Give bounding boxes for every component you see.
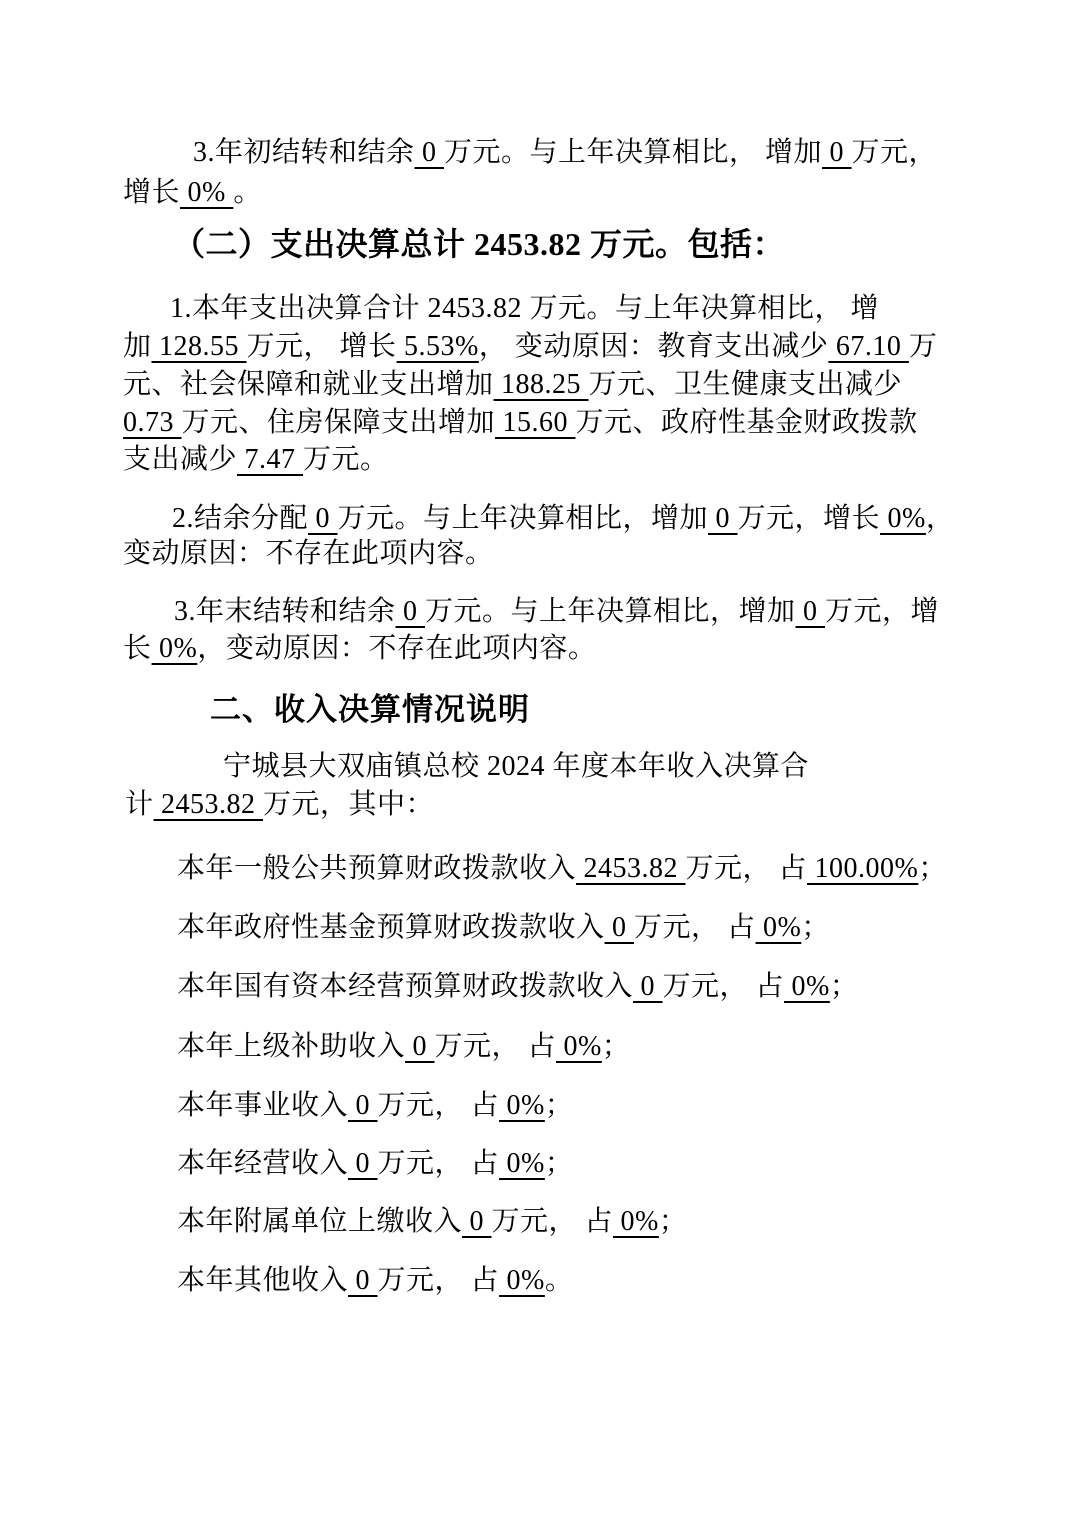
text-run: 万元、住房保障支出增加 <box>182 407 496 438</box>
text-run: 。 <box>233 177 262 208</box>
text-run: 万 <box>909 331 938 362</box>
underlined-value: 7.47 <box>237 444 303 475</box>
underlined-value: 0% <box>784 971 830 1002</box>
text-run: 万元， 占 <box>492 1206 614 1237</box>
underlined-value: 0% <box>499 1090 545 1121</box>
income-superior-subsidy: 本年上级补助收入 0 万元， 占 0%； <box>177 1033 630 1061</box>
text-run: 本年经营收入 <box>177 1148 348 1179</box>
underlined-value: 0% <box>756 912 802 943</box>
text-run: 万元， 占 <box>378 1265 500 1296</box>
para-expenditure-detail-line-2: 加 128.55 万元， 增长 5.53%， 变动原因：教育支出减少 67.10… <box>123 333 937 361</box>
underlined-value: 2453.82 <box>154 789 264 820</box>
text-run: 万元、政府性基金财政拨款 <box>576 407 918 438</box>
underlined-value: 0 <box>348 1090 378 1121</box>
document-page: 3.年初结转和结余 0 万元。与上年决算相比， 增加 0 万元，增长 0% 。（… <box>0 0 1074 1520</box>
para-surplus-distribution-line-2: 变动原因：不存在此项内容。 <box>123 540 494 568</box>
underlined-value: 0.73 <box>123 407 182 438</box>
para-yearend-carryover-line-2: 长 0%，变动原因：不存在此项内容。 <box>123 635 596 663</box>
text-run: ； <box>602 1031 631 1062</box>
underlined-value: 128.55 <box>152 331 247 362</box>
text-run: 本年国有资本经营预算财政拨款收入 <box>177 971 633 1002</box>
text-run: 万元。 <box>303 444 389 475</box>
underlined-value: 2453.82 <box>576 853 686 884</box>
text-run: 元、社会保障和就业支出增加 <box>123 369 494 400</box>
text-run: （二）支出决算总计 2453.82 万元。包括： <box>173 226 785 262</box>
underlined-value: 0% <box>499 1265 545 1296</box>
text-run: 增长 <box>123 177 180 208</box>
text-run: 万元， 占 <box>663 971 785 1002</box>
text-run: ； <box>801 912 830 943</box>
para-yearend-carryover-line-1: 3.年末结转和结余 0 万元。与上年决算相比，增加 0 万元，增 <box>174 598 939 626</box>
underlined-value: 0 <box>348 1148 378 1179</box>
text-run: ； <box>545 1090 574 1121</box>
text-run: 万元， 占 <box>634 912 756 943</box>
text-run: 加 <box>123 331 152 362</box>
text-run: 本年上级补助收入 <box>177 1031 405 1062</box>
underlined-value: 0 <box>462 1206 492 1237</box>
text-run: 本年一般公共预算财政拨款收入 <box>177 853 576 884</box>
text-run: 万元， 占 <box>378 1148 500 1179</box>
underlined-value: 0 <box>308 503 338 534</box>
para-expenditure-detail-line-3: 元、社会保障和就业支出增加 188.25 万元、卫生健康支出减少 <box>123 371 902 399</box>
text-run: 1.本年支出决算合计 2453.82 万元。与上年决算相比， 增 <box>170 293 879 324</box>
text-run: 万元， 占 <box>378 1090 500 1121</box>
underlined-value: 0 <box>822 137 852 168</box>
text-run: 万元，其中： <box>263 789 434 820</box>
text-run: 万元， 占 <box>435 1031 557 1062</box>
underlined-value: 0 <box>605 912 635 943</box>
underlined-value: 0 <box>405 1031 435 1062</box>
text-run: 万元，增 <box>825 596 939 627</box>
para-initial-carryover-line-2: 增长 0% 。 <box>123 179 262 207</box>
underlined-value: 0% <box>180 177 233 208</box>
income-general-public-budget: 本年一般公共预算财政拨款收入 2453.82 万元， 占 100.00%； <box>177 855 947 883</box>
underlined-value: 0% <box>152 633 198 664</box>
income-operating: 本年经营收入 0 万元， 占 0%； <box>177 1150 573 1178</box>
underlined-value: 188.25 <box>494 369 589 400</box>
text-run: 二、收入决算情况说明 <box>210 692 530 727</box>
text-run: 支出减少 <box>123 444 237 475</box>
underlined-value: 0 <box>396 596 426 627</box>
income-other: 本年其他收入 0 万元， 占 0%。 <box>177 1267 573 1295</box>
underlined-value: 0% <box>556 1031 602 1062</box>
para-initial-carryover-line-1: 3.年初结转和结余 0 万元。与上年决算相比， 增加 0 万元， <box>193 139 937 167</box>
underlined-value: 15.60 <box>495 407 576 438</box>
text-run: 本年事业收入 <box>177 1090 348 1121</box>
text-run: 3.年初结转和结余 <box>193 137 415 168</box>
para-income-total-line-2: 计 2453.82 万元，其中： <box>125 791 434 819</box>
underlined-value: 0% <box>613 1206 659 1237</box>
text-run: 计 <box>125 789 154 820</box>
text-run: 万元。与上年决算相比，增加 <box>425 596 796 627</box>
text-run: 本年政府性基金预算财政拨款收入 <box>177 912 605 943</box>
income-state-capital-budget: 本年国有资本经营预算财政拨款收入 0 万元， 占 0%； <box>177 973 858 1001</box>
text-run: 3.年末结转和结余 <box>174 596 396 627</box>
income-govt-fund-budget: 本年政府性基金预算财政拨款收入 0 万元， 占 0%； <box>177 914 830 942</box>
underlined-value: 0 <box>796 596 826 627</box>
text-run: 万元， 增长 <box>247 331 397 362</box>
text-run: 本年其他收入 <box>177 1265 348 1296</box>
text-run: 。 <box>545 1265 574 1296</box>
underlined-value: 0 <box>708 503 738 534</box>
text-run: 万元， 占 <box>686 853 808 884</box>
text-run: 万元，增长 <box>738 503 881 534</box>
text-run: ； <box>918 853 947 884</box>
text-run: ； <box>659 1206 688 1237</box>
underlined-value: 0% <box>880 503 926 534</box>
text-run: 万元， <box>852 137 938 168</box>
text-run: ， <box>926 503 955 534</box>
text-run: 万元。与上年决算相比，增加 <box>338 503 709 534</box>
para-surplus-distribution-line-1: 2.结余分配 0 万元。与上年决算相比，增加 0 万元，增长 0%， <box>172 505 954 533</box>
underlined-value: 0 <box>348 1265 378 1296</box>
text-run: 长 <box>123 633 152 664</box>
underlined-value: 0 <box>415 137 445 168</box>
text-run: ， 变动原因：教育支出减少 <box>479 331 829 362</box>
income-affiliated-units: 本年附属单位上缴收入 0 万元， 占 0%； <box>177 1208 687 1236</box>
para-expenditure-detail-line-1: 1.本年支出决算合计 2453.82 万元。与上年决算相比， 增 <box>170 295 879 323</box>
text-run: 万元、卫生健康支出减少 <box>589 369 903 400</box>
income-institutional: 本年事业收入 0 万元， 占 0%； <box>177 1092 573 1120</box>
para-income-total-line-1: 宁城县大双庙镇总校 2024 年度本年收入决算合 <box>223 753 809 781</box>
text-run: ，变动原因：不存在此项内容。 <box>197 633 596 664</box>
para-expenditure-detail-line-4: 0.73 万元、住房保障支出增加 15.60 万元、政府性基金财政拨款 <box>123 409 918 437</box>
underlined-value: 0 <box>633 971 663 1002</box>
text-run: 万元。与上年决算相比， 增加 <box>444 137 822 168</box>
heading-income-statement: 二、收入决算情况说明 <box>210 694 530 725</box>
text-run: 宁城县大双庙镇总校 2024 年度本年收入决算合 <box>223 751 809 782</box>
underlined-value: 0% <box>499 1148 545 1179</box>
para-expenditure-detail-line-5: 支出减少 7.47 万元。 <box>123 446 389 474</box>
heading-expenditure-total: （二）支出决算总计 2453.82 万元。包括： <box>173 228 785 260</box>
text-run: 2.结余分配 <box>172 503 308 534</box>
text-run: 变动原因：不存在此项内容。 <box>123 538 494 569</box>
underlined-value: 5.53% <box>397 331 479 362</box>
text-run: ； <box>830 971 859 1002</box>
underlined-value: 67.10 <box>828 331 909 362</box>
text-run: ； <box>545 1148 574 1179</box>
text-run: 本年附属单位上缴收入 <box>177 1206 462 1237</box>
underlined-value: 100.00% <box>807 853 918 884</box>
